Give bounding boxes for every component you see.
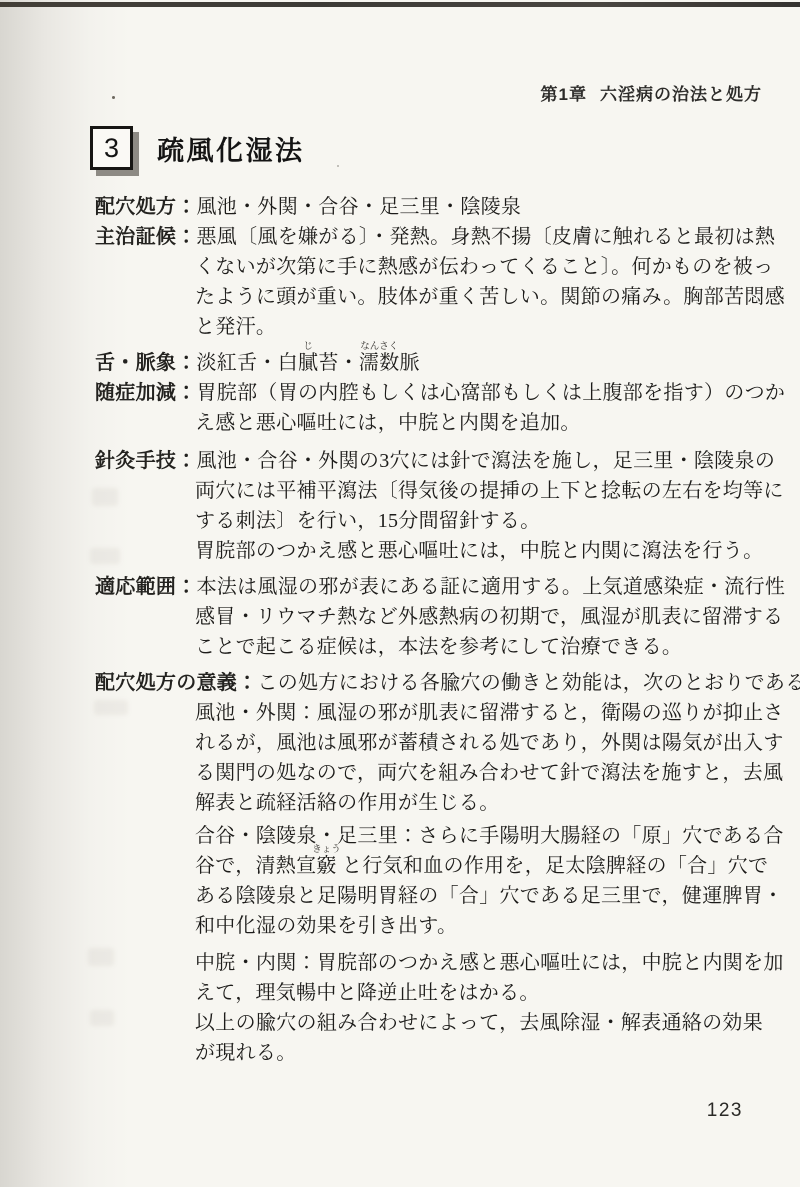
- ruby-annotation: 膩じ: [298, 352, 318, 374]
- entry-label: 配穴処方の意義：: [95, 672, 257, 694]
- text-line: が現れる。: [195, 1038, 785, 1068]
- text-line: 針灸手技：風池・合谷・外関の3穴には針で瀉法を施し，足三里・陰陵泉の: [95, 446, 785, 476]
- text-line: 配穴処方：風池・外関・合谷・足三里・陰陵泉: [95, 192, 785, 222]
- chapter-title: 六淫病の治法と処方: [600, 80, 762, 105]
- text-line: えて，理気暢中と降逆止吐をはかる。: [195, 978, 785, 1008]
- text-line: 両穴には平補平瀉法〔得気後の提挿の上下と捻転の左右を均等に: [195, 476, 785, 506]
- text-line: 中脘・内関：胃脘部のつかえ感と悪心嘔吐には，中脘と内関を加: [195, 948, 785, 978]
- scan-speck: [112, 96, 115, 99]
- body-text: 配穴処方：風池・外関・合谷・足三里・陰陵泉主治証候：悪風〔風を嫌がる〕・発熱。身…: [95, 192, 785, 1068]
- text-line: する刺法〕を行い，15分間留針する。: [195, 506, 785, 536]
- text-line: れるが，風池は風邪が蓄積される処であり，外関は陽気が出入す: [195, 728, 785, 758]
- scan-speck: [337, 165, 339, 167]
- section-heading: 3 疏風化湿法: [90, 126, 305, 170]
- page-bleed-artifact: [94, 700, 128, 715]
- text-line: 主治証候：悪風〔風を嫌がる〕・発熱。身熱不揚〔皮膚に触れると最初は熱: [95, 222, 785, 252]
- text-line: 以上の腧穴の組み合わせによって，去風除湿・解表通絡の効果: [195, 1008, 785, 1038]
- text-line: と発汗。: [195, 312, 785, 342]
- page-bleed-artifact: [90, 548, 120, 564]
- section-number: 3: [104, 133, 119, 164]
- text-line: 風池・外関：風湿の邪が肌表に留滞すると，衛陽の巡りが抑止さ: [195, 698, 785, 728]
- page-bleed-artifact: [90, 1010, 114, 1026]
- text-line: 感冒・リウマチ熱など外感熱病の初期で，風湿が肌表に留滞する: [195, 602, 785, 632]
- entry-label: 針灸手技：: [95, 450, 197, 472]
- entry-label: 適応範囲：: [95, 576, 197, 598]
- ruby-annotation: 濡数なんさく: [359, 352, 400, 374]
- text-line: 解表と疏経活絡の作用が生じる。: [195, 788, 785, 818]
- text-line: 配穴処方の意義：この処方における各腧穴の働きと効能は，次のとおりである。: [95, 668, 785, 698]
- text-line: る関門の処なので，両穴を組み合わせて針で瀉法を施すと，去風: [195, 758, 785, 788]
- running-header: 第1章 六淫病の治法と処方: [541, 80, 762, 105]
- text-line: え感と悪心嘔吐には，中脘と内関を追加。: [195, 408, 785, 438]
- chapter-number: 第1章: [541, 80, 587, 105]
- text-line: ことで起こる症候は，本法を参考にして治療できる。: [195, 632, 785, 662]
- book-page: 第1章 六淫病の治法と処方 3 疏風化湿法 配穴処方：風池・外関・合谷・足三里・…: [0, 0, 800, 1187]
- entry-label: 主治証候：: [95, 226, 197, 248]
- section-title: 疏風化湿法: [157, 129, 305, 168]
- text-line: 舌・脈象：淡紅舌・白膩じ苔・濡数なんさく脈: [95, 348, 785, 378]
- text-line: ある陰陵泉と足陽明胃経の「合」穴である足三里で，健運脾胃・: [195, 881, 785, 911]
- page-bleed-artifact: [92, 488, 118, 506]
- entry-label: 配穴処方：: [95, 196, 197, 218]
- text-line: 随症加減：胃脘部（胃の内腔もしくは心窩部もしくは上腹部を指す）のつか: [95, 378, 785, 408]
- text-line: たように頭が重い。肢体が重く苦しい。関節の痛み。胸部苦悶感: [195, 282, 785, 312]
- section-number-box: 3: [90, 126, 133, 170]
- entry-label: 舌・脈象：: [95, 352, 197, 374]
- page-bleed-artifact: [88, 948, 114, 966]
- text-line: 谷で，清熱宣竅きょう と行気和血の作用を，足太陰脾経の「合」穴で: [195, 851, 785, 881]
- entry-label: 随症加減：: [95, 382, 197, 404]
- text-line: 合谷・陰陵泉・足三里：さらに手陽明大腸経の「原」穴である合: [195, 821, 785, 851]
- scan-edge-strip: [0, 2, 800, 7]
- ruby-annotation: 竅きょう: [316, 855, 336, 877]
- text-line: 胃脘部のつかえ感と悪心嘔吐には，中脘と内関に瀉法を行う。: [195, 536, 785, 566]
- page-number: 123: [707, 1100, 743, 1122]
- text-line: 和中化湿の効果を引き出す。: [195, 911, 785, 941]
- text-line: くないが次第に手に熱感が伝わってくること〕。何かものを被っ: [195, 252, 785, 282]
- text-line: 適応範囲：本法は風湿の邪が表にある証に適用する。上気道感染症・流行性: [95, 572, 785, 602]
